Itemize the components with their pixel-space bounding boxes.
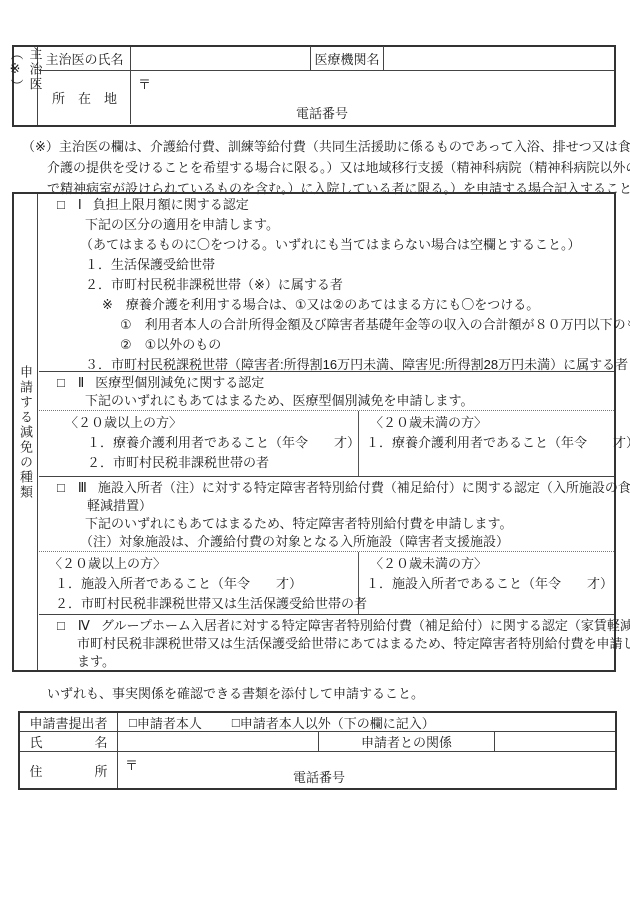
- relation-label: 申請者との関係: [318, 732, 495, 751]
- doctor-footnote-line: （※）主治医の欄は、介護給付費、訓練等給付費（共同生活援助に係るものであって入浴…: [22, 136, 622, 157]
- section-3-title-line2: 軽減措置）: [39, 497, 614, 515]
- exemption-side-label: 申請する減免の種類: [14, 194, 37, 670]
- section-2-medical-reduction: □Ⅱ医療型個別減免に関する認定 下記のいずれにもあてはまるため、医療型個別減免を…: [39, 371, 614, 476]
- section-4-body-line2: ます。: [39, 653, 614, 671]
- option-self-label: 申請者本人: [137, 713, 202, 732]
- section-3-checkbox[interactable]: □: [57, 479, 65, 497]
- doctor-info-table: 主治医（※） 主治医の氏名 医療機関名 所 在 地 〒 電話番号: [12, 45, 616, 127]
- submitter-name-row: 氏 名 申請者との関係: [20, 732, 615, 752]
- exemption-side-label-cell: 申請する減免の種類: [14, 194, 38, 670]
- section-3-header-block: □Ⅲ施設入所者（注）に対する特定障害者特別給付費（補足給付）に関する認定（入所施…: [39, 477, 614, 552]
- submitter-name-input-cell[interactable]: [119, 732, 318, 751]
- doctor-name-row: 主治医の氏名 医療機関名: [39, 47, 614, 71]
- section-2-minor-item-1: １．療養介護利用者であること（年令 才）: [359, 433, 630, 453]
- section-1-title: 負担上限月額に関する認定: [93, 197, 249, 212]
- postal-mark: 〒: [125, 755, 138, 774]
- section-4-numeral: Ⅳ: [78, 617, 90, 635]
- section-3-adult-heading: 〈２０歳以上の方〉: [39, 554, 358, 574]
- doctor-name-input-cell[interactable]: [132, 47, 310, 70]
- submitter-address-row: 住 所 〒 電話番号: [20, 752, 615, 788]
- submitter-address-input-cell[interactable]: 〒 電話番号: [119, 752, 615, 788]
- submitter-address-label: 住 所: [20, 752, 118, 788]
- doctor-name-label: 主治医の氏名: [39, 47, 131, 70]
- section-3-title-line1: 施設入所者（注）に対する特定障害者特別給付費（補足給付）に関する認定（入所施設の…: [98, 480, 630, 495]
- postal-mark: 〒: [138, 74, 151, 93]
- attachment-instruction: いずれも、事実関係を確認できる書類を添付して申請すること。: [47, 683, 424, 702]
- submitter-phone-label: 電話番号: [293, 767, 345, 786]
- section-1-numeral: Ⅰ: [78, 195, 82, 215]
- section-3-sub: 下記のいずれにもあてはまるため、特定障害者特別給付費を申請します。: [39, 515, 614, 533]
- section-4-body-line1: 市町村民税非課税世帯又は生活保護受給世帯にあてはまるため、特定障害者特別給付費を…: [39, 635, 614, 653]
- doctor-side-label: 主治医（※）: [14, 47, 37, 125]
- section-3-header: □Ⅲ施設入所者（注）に対する特定障害者特別給付費（補足給付）に関する認定（入所施…: [39, 479, 614, 497]
- option-other: □申請者本人以外（下の欄に記入）: [232, 713, 435, 732]
- section-3-columns: 〈２０歳以上の方〉 １．施設入所者であること（年令 才） ２．市町村民税非課税世…: [39, 552, 614, 614]
- submitter-options-cell: □申請者本人 □申請者本人以外（下の欄に記入）: [119, 713, 615, 731]
- doctor-address-label: 所 在 地: [39, 71, 131, 124]
- medical-institution-input-cell[interactable]: [384, 47, 614, 70]
- section-1-checkbox[interactable]: □: [57, 195, 65, 215]
- section-1-monthly-cap: □Ⅰ負担上限月額に関する認定 下記の区分の適用を申請します。 （あてはまるものに…: [39, 194, 614, 371]
- section-3-minor-heading: 〈２０歳未満の方〉: [359, 554, 614, 574]
- section-4-header: □Ⅳグループホーム入居者に対する特定障害者特別給付費（補足給付）に関する認定（家…: [39, 617, 614, 635]
- submitter-label: 申請書提出者: [20, 713, 118, 731]
- section-4-checkbox[interactable]: □: [57, 617, 65, 635]
- section-3-adult-item-2: ２．市町村民税非課税世帯又は生活保護受給世帯の者: [39, 594, 358, 614]
- exemption-type-table: 申請する減免の種類 □Ⅰ負担上限月額に関する認定 下記の区分の適用を申請します。…: [12, 192, 616, 672]
- submitter-options: □申請者本人 □申請者本人以外（下の欄に記入）: [119, 713, 615, 731]
- doctor-address-row: 所 在 地 〒 電話番号: [39, 71, 614, 124]
- section-4-group-home: □Ⅳグループホーム入居者に対する特定障害者特別給付費（補足給付）に関する認定（家…: [39, 614, 614, 670]
- section-1-circle-1: ① 利用者本人の合計所得金額及び障害者基礎年金等の収入の合計額が８０万円以下のも…: [39, 315, 614, 335]
- section-3-note: （注）対象施設は、介護給付費の対象となる入所施設（障害者支援施設）: [39, 533, 614, 551]
- submitter-table: 申請書提出者 □申請者本人 □申請者本人以外（下の欄に記入） 氏 名 申請者との…: [18, 711, 617, 790]
- section-2-minor-heading: 〈２０歳未満の方〉: [359, 413, 630, 433]
- section-2-minor-column: 〈２０歳未満の方〉 １．療養介護利用者であること（年令 才）: [359, 411, 630, 476]
- section-2-title: 医療型個別減免に関する認定: [95, 375, 264, 390]
- submitter-row: 申請書提出者 □申請者本人 □申請者本人以外（下の欄に記入）: [20, 713, 615, 732]
- exemption-table-body: □Ⅰ負担上限月額に関する認定 下記の区分の適用を申請します。 （あてはまるものに…: [39, 194, 614, 670]
- section-1-circle-2: ② ①以外のもの: [39, 335, 614, 355]
- doctor-footnote: （※）主治医の欄は、介護給付費、訓練等給付費（共同生活援助に係るものであって入浴…: [22, 136, 622, 199]
- application-form-page: 主治医（※） 主治医の氏名 医療機関名 所 在 地 〒 電話番号 （※）主治医の…: [0, 0, 630, 903]
- option-self-checkbox[interactable]: □: [129, 715, 137, 730]
- section-4-title: グループホーム入居者に対する特定障害者特別給付費（補足給付）に関する認定（家賃軽…: [101, 618, 630, 633]
- section-3-adult-item-1: １．施設入所者であること（年令 才）: [39, 574, 358, 594]
- option-other-label: 申請者本人以外（下の欄に記入）: [240, 713, 435, 732]
- doctor-footnote-line: 介護の提供を受けることを希望する場合に限る。）又は地域移行支援（精神科病院（精神…: [22, 157, 622, 178]
- medical-institution-label: 医療機関名: [310, 46, 384, 71]
- option-self: □申請者本人: [129, 713, 202, 732]
- option-other-checkbox[interactable]: □: [232, 715, 240, 730]
- section-2-adult-item-1: １．療養介護利用者であること（年令 才）: [39, 433, 358, 453]
- section-2-checkbox[interactable]: □: [57, 374, 65, 392]
- section-2-adult-heading: 〈２０歳以上の方〉: [39, 413, 358, 433]
- section-3-numeral: Ⅲ: [78, 479, 87, 497]
- doctor-phone-label: 電話番号: [296, 103, 348, 122]
- doctor-side-label-cell: 主治医（※）: [14, 47, 38, 125]
- section-3-minor-item-1: １．施設入所者であること（年令 才）: [359, 574, 614, 594]
- section-2-adult-column: 〈２０歳以上の方〉 １．療養介護利用者であること（年令 才） ２．市町村民税非課…: [39, 411, 359, 476]
- section-1-item-2: ２．市町村民税非課税世帯（※）に属する者: [39, 275, 614, 295]
- section-2-adult-item-2: ２．市町村民税非課税世帯の者: [39, 453, 358, 473]
- section-2-sub: 下記のいずれにもあてはまるため、医療型個別減免を申請します。: [39, 392, 614, 410]
- doctor-address-input-cell[interactable]: 〒 電話番号: [132, 71, 614, 124]
- section-1-star-note: ※ 療養介護を利用する場合は、①又は②のあてはまる方にも〇をつける。: [39, 295, 614, 315]
- section-1-sub: 下記の区分の適用を申請します。: [39, 215, 614, 235]
- section-1-item-1: １．生活保護受給世帯: [39, 255, 614, 275]
- section-2-columns: 〈２０歳以上の方〉 １．療養介護利用者であること（年令 才） ２．市町村民税非課…: [39, 411, 614, 476]
- section-1-paren-note: （あてはまるものに〇をつける。いずれにも当てはまらない場合は空欄とすること。）: [39, 235, 614, 255]
- submitter-name-label: 氏 名: [20, 732, 118, 751]
- relation-input-cell[interactable]: [495, 732, 615, 751]
- section-3-adult-column: 〈２０歳以上の方〉 １．施設入所者であること（年令 才） ２．市町村民税非課税世…: [39, 552, 359, 614]
- doctor-table-body: 主治医の氏名 医療機関名 所 在 地 〒 電話番号: [39, 47, 614, 125]
- section-2-numeral: Ⅱ: [78, 374, 84, 392]
- section-3-minor-column: 〈２０歳未満の方〉 １．施設入所者であること（年令 才）: [359, 552, 614, 614]
- section-2-header-block: □Ⅱ医療型個別減免に関する認定 下記のいずれにもあてはまるため、医療型個別減免を…: [39, 372, 614, 411]
- section-3-facility-resident: □Ⅲ施設入所者（注）に対する特定障害者特別給付費（補足給付）に関する認定（入所施…: [39, 476, 614, 614]
- section-1-header: □Ⅰ負担上限月額に関する認定: [39, 195, 614, 215]
- section-2-header: □Ⅱ医療型個別減免に関する認定: [39, 374, 614, 392]
